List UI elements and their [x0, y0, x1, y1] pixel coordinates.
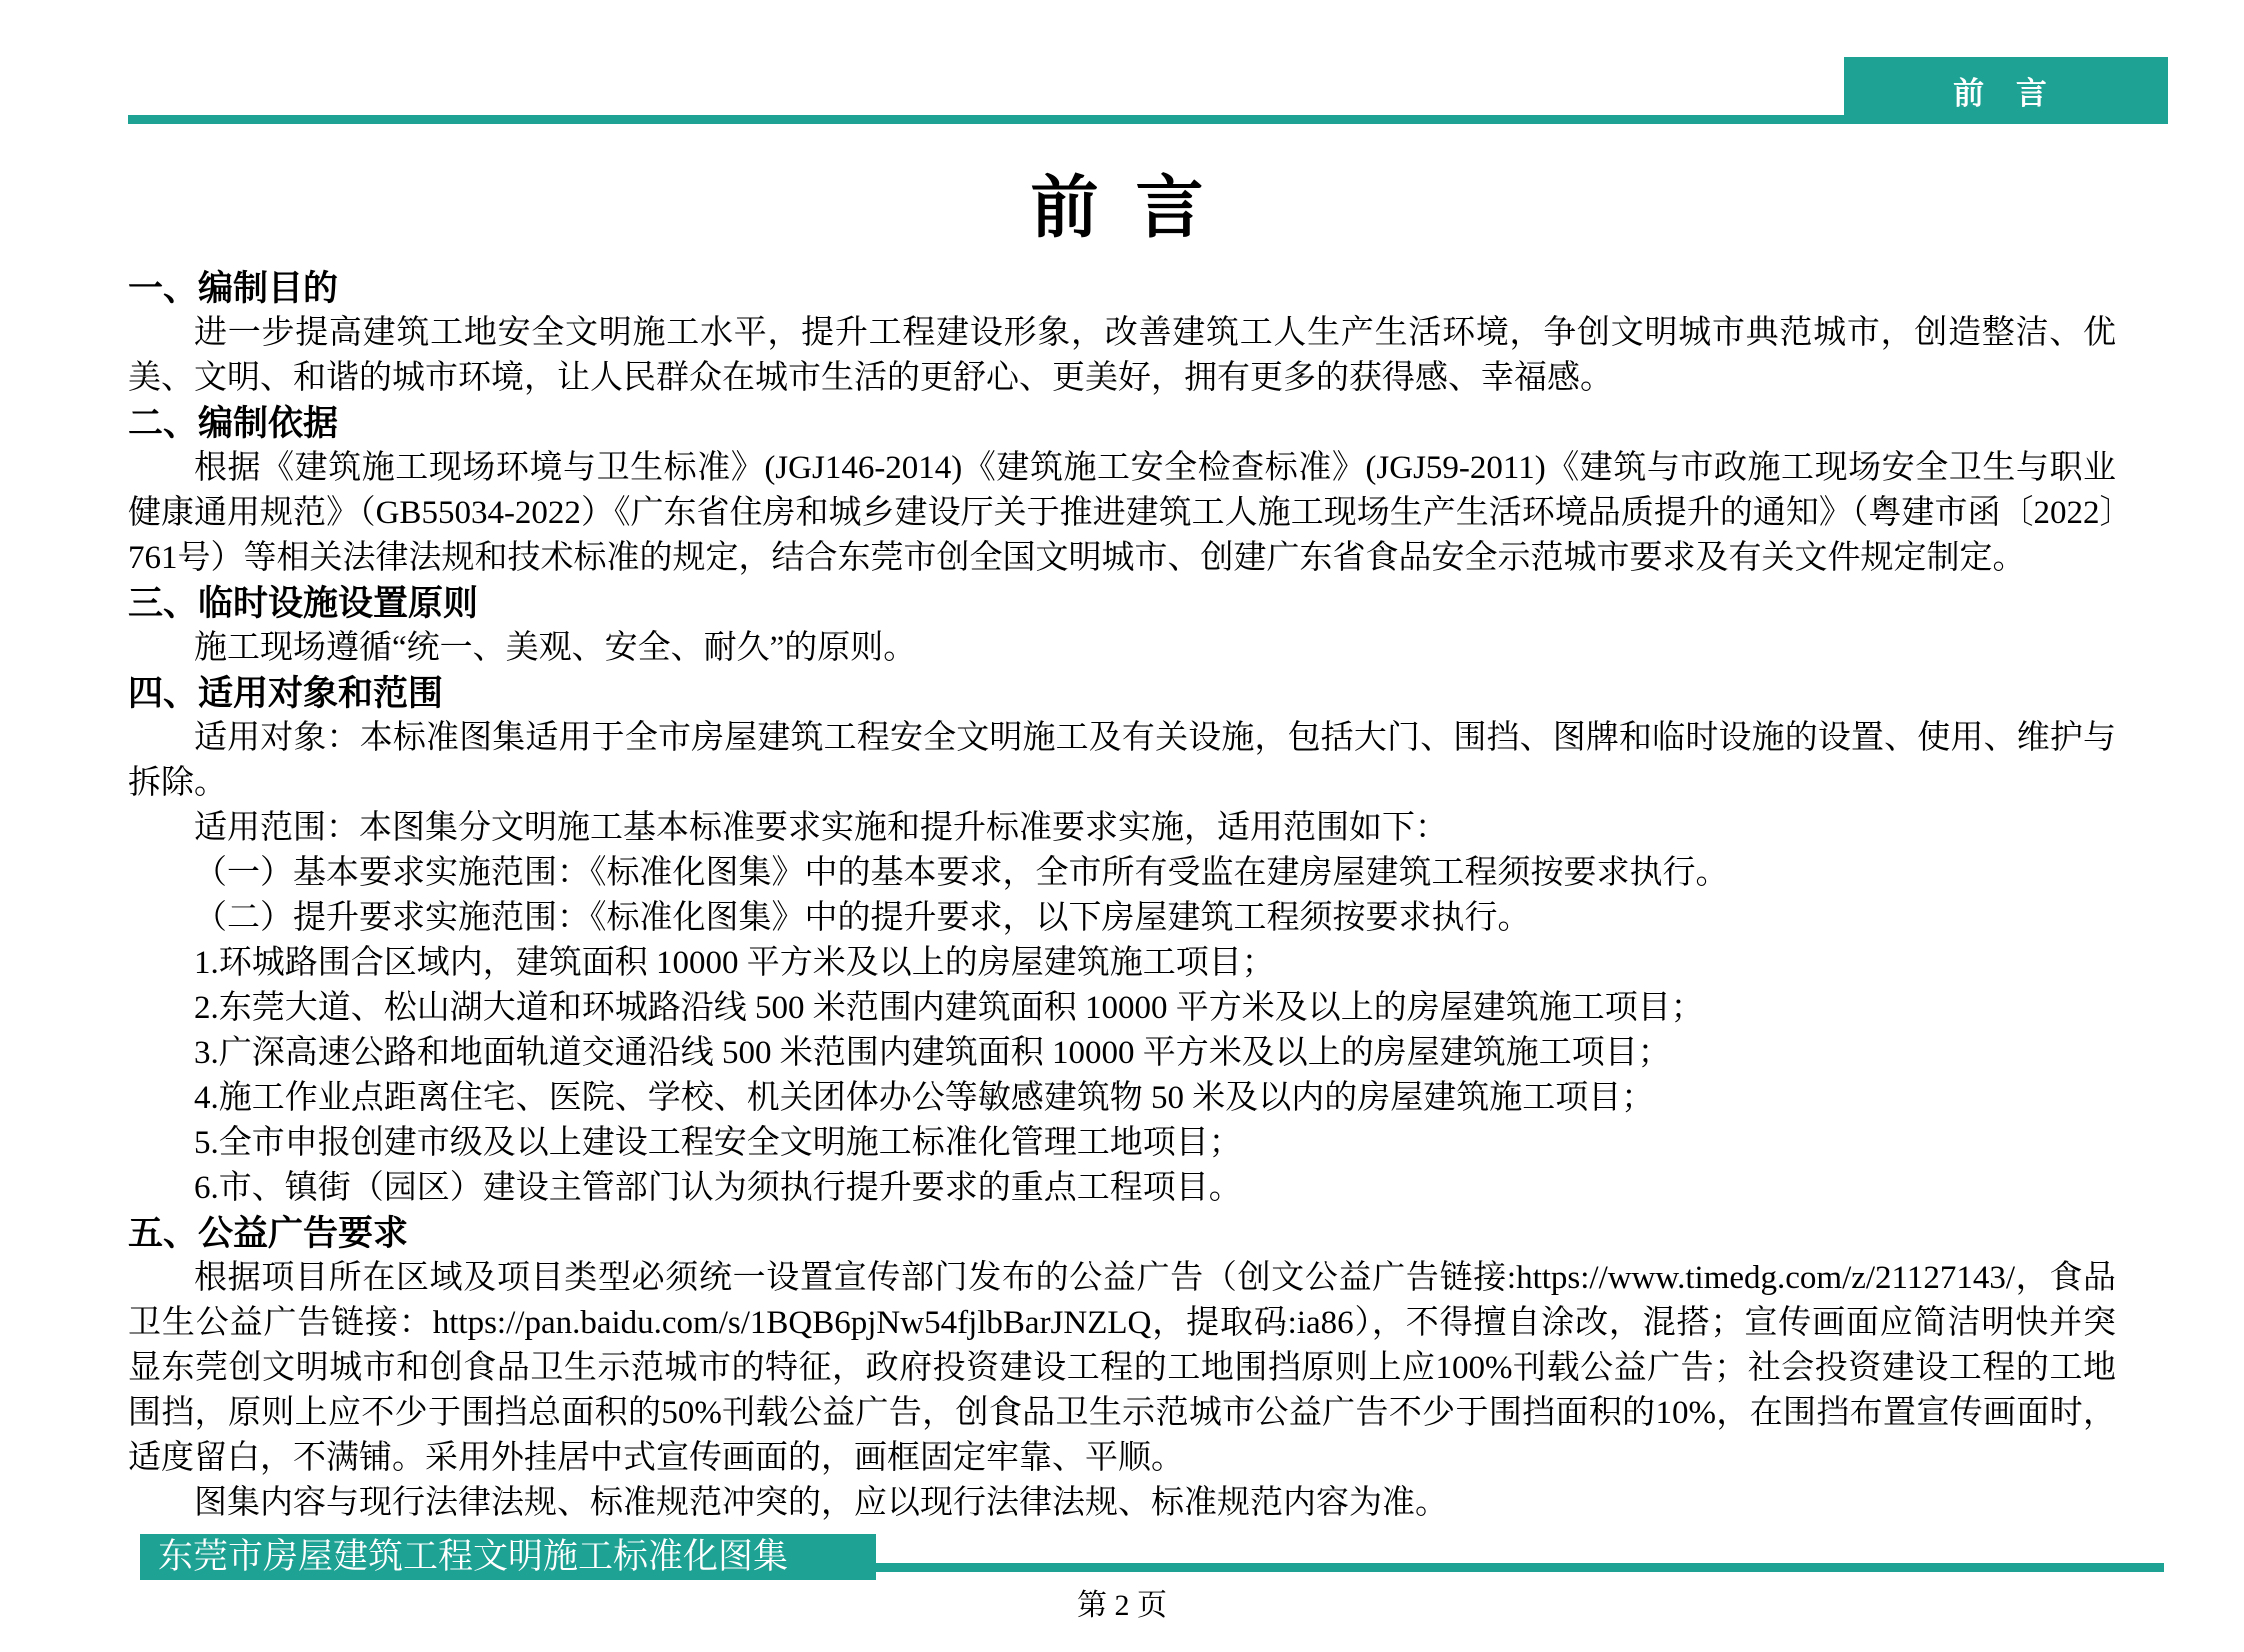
footer-banner: 东莞市房屋建筑工程文明施工标准化图集: [140, 1534, 876, 1580]
page-number: 第 2 页: [0, 1586, 2244, 1626]
list-item: 4.施工作业点距离住宅、医院、学校、机关团体办公等敏感建筑物 50 米及以内的房…: [128, 1076, 2116, 1121]
header-rule: [128, 115, 1844, 124]
paragraph: 适用对象：本标准图集适用于全市房屋建筑工程安全文明施工及有关设施，包括大门、围挡…: [128, 716, 2116, 806]
header-tab: 前 言: [1844, 57, 2168, 124]
paragraph: 施工现场遵循“统一、美观、安全、耐久”的原则。: [128, 626, 2116, 671]
list-item: 5.全市申报创建市级及以上建设工程安全文明施工标准化管理工地项目；: [128, 1121, 2116, 1166]
list-item: 1.环城路围合区域内，建筑面积 10000 平方米及以上的房屋建筑施工项目；: [128, 941, 2116, 986]
section-heading-2: 二、编制依据: [128, 401, 2116, 446]
paragraph: 适用范围：本图集分文明施工基本标准要求实施和提升标准要求实施，适用范围如下：: [128, 806, 2116, 851]
section-heading-4: 四、适用对象和范围: [128, 671, 2116, 716]
paragraph: 图集内容与现行法律法规、标准规范冲突的，应以现行法律法规、标准规范内容为准。: [128, 1481, 2116, 1526]
paragraph: 根据《建筑施工现场环境与卫生标准》(JGJ146-2014)《建筑施工安全检查标…: [128, 446, 2116, 581]
paragraph: （二）提升要求实施范围：《标准化图集》中的提升要求，以下房屋建筑工程须按要求执行…: [128, 896, 2116, 941]
section-heading-1: 一、编制目的: [128, 266, 2116, 311]
section-heading-3: 三、临时设施设置原则: [128, 581, 2116, 626]
document-page: 前 言 前 言 一、编制目的 进一步提高建筑工地安全文明施工水平，提升工程建设形…: [0, 0, 2244, 1652]
section-heading-5: 五、公益广告要求: [128, 1211, 2116, 1256]
document-content: 一、编制目的 进一步提高建筑工地安全文明施工水平，提升工程建设形象，改善建筑工人…: [128, 266, 2116, 1526]
paragraph: （一）基本要求实施范围：《标准化图集》中的基本要求，全市所有受监在建房屋建筑工程…: [128, 851, 2116, 896]
paragraph: 根据项目所在区域及项目类型必须统一设置宣传部门发布的公益广告（创文公益广告链接:…: [128, 1256, 2116, 1481]
list-item: 6.市、镇街（园区）建设主管部门认为须执行提升要求的重点工程项目。: [128, 1166, 2116, 1211]
header-tab-label: 前 言: [1953, 68, 2059, 113]
page-title: 前 言: [0, 0, 2244, 258]
list-item: 3.广深高速公路和地面轨道交通沿线 500 米范围内建筑面积 10000 平方米…: [128, 1031, 2116, 1076]
paragraph: 进一步提高建筑工地安全文明施工水平，提升工程建设形象，改善建筑工人生产生活环境，…: [128, 311, 2116, 401]
list-item: 2.东莞大道、松山湖大道和环城路沿线 500 米范围内建筑面积 10000 平方…: [128, 986, 2116, 1031]
